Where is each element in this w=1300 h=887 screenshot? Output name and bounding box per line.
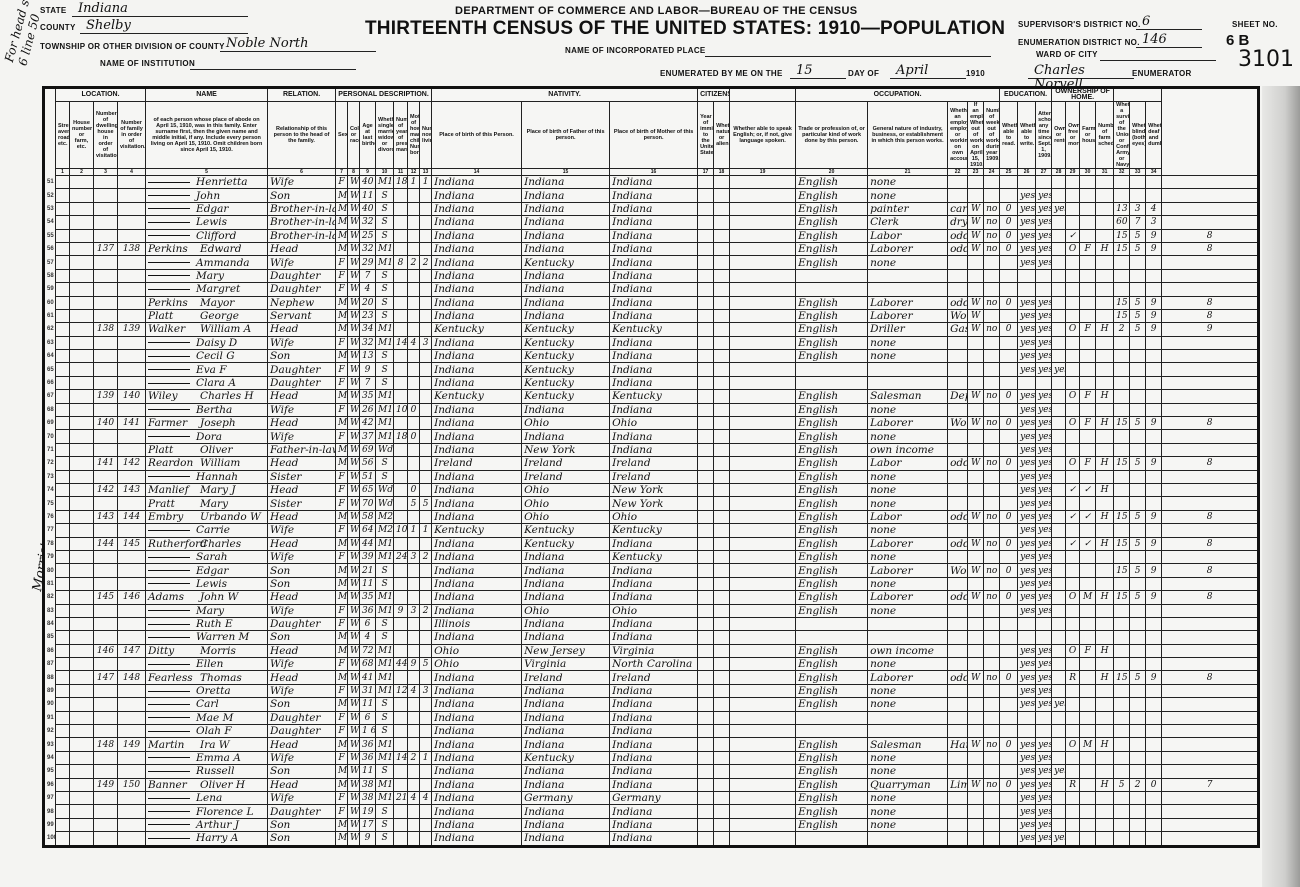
- cell-x2: [1146, 617, 1162, 630]
- cell-house: [70, 457, 94, 470]
- cell-father-birth: Kentucky: [522, 751, 610, 764]
- given-name: George: [200, 310, 239, 322]
- column-header-34: Whether deaf and dumb.: [1146, 102, 1162, 169]
- cell-trade: none: [868, 805, 948, 818]
- cell-years-married: 18: [394, 430, 408, 443]
- surname: Perkins: [148, 243, 200, 255]
- cell-write: yes: [1036, 658, 1052, 671]
- given-name: Edward: [200, 243, 241, 255]
- given-name: Hannah: [196, 471, 238, 483]
- person-name: Mary: [146, 269, 268, 282]
- cell-sched: [1114, 470, 1130, 483]
- cell-years-married: [394, 818, 408, 831]
- cell-race: W: [348, 216, 360, 229]
- cell-write: [1036, 283, 1052, 296]
- cell-mother-birth: Indiana: [610, 698, 698, 711]
- cell-x2: [1146, 644, 1162, 657]
- surname: Martin: [148, 739, 200, 751]
- cell-own: [1066, 283, 1080, 296]
- table-row: 53EdgarBrother-in-lawMW40SIndianaIndiana…: [44, 202, 1259, 215]
- cell-free: [1080, 778, 1096, 791]
- cell-farm: [1096, 818, 1114, 831]
- cell-farm: [1096, 216, 1114, 229]
- cell-sex: M: [336, 591, 348, 604]
- cell-industry: [948, 832, 968, 846]
- cell-industry: [948, 176, 968, 189]
- given-name: Lewis: [196, 578, 227, 590]
- cell-house: [70, 417, 94, 430]
- cell-street: [56, 309, 70, 322]
- cell-street: [56, 390, 70, 403]
- cell-living: [420, 644, 432, 657]
- cell-out: [984, 711, 1000, 724]
- cell-race: W: [348, 350, 360, 363]
- column-header-19: Whether able to speak English; or, if no…: [730, 102, 796, 169]
- cell-speak: English: [796, 765, 868, 778]
- cell-extra: [730, 256, 796, 269]
- cell-immig: [698, 617, 714, 630]
- cell-own: ✓: [1066, 510, 1080, 523]
- cell-mother-birth: Indiana: [610, 765, 698, 778]
- cell-living: [420, 711, 432, 724]
- cell-free: [1080, 176, 1096, 189]
- cell-x3: [1162, 698, 1259, 711]
- cell-school: yes: [1052, 832, 1066, 846]
- line-number: 84: [44, 617, 56, 630]
- cell-out: [984, 336, 1000, 349]
- cell-x1: 5: [1130, 309, 1146, 322]
- cell-family: [118, 805, 146, 818]
- cell-speak: English: [796, 604, 868, 617]
- cell-own: [1066, 376, 1080, 389]
- cell-mother-birth: Indiana: [610, 818, 698, 831]
- cell-farm: [1096, 832, 1114, 846]
- cell-born: [408, 778, 420, 791]
- cell-out: [984, 497, 1000, 510]
- cell-relation: Head: [268, 417, 336, 430]
- cell-mother-birth: Ireland: [610, 671, 698, 684]
- column-header-4: Number of family in order of visitation.: [118, 102, 146, 169]
- ditto-dash: [148, 811, 190, 812]
- cell-extra: [730, 725, 796, 738]
- cell-free: [1080, 336, 1096, 349]
- cell-marital: S: [376, 269, 394, 282]
- cell-race: W: [348, 617, 360, 630]
- cell-father-birth: Indiana: [522, 202, 610, 215]
- column-header-3: Number of dwelling house in order of vis…: [94, 102, 118, 169]
- cell-extra: [730, 778, 796, 791]
- cell-school: [1052, 430, 1066, 443]
- cell-weeks: 0: [1000, 671, 1018, 684]
- cell-sched: [1114, 256, 1130, 269]
- cell-birth: Indiana: [432, 751, 522, 764]
- cell-dwelling: 144: [94, 537, 118, 550]
- cell-father-birth: Indiana: [522, 765, 610, 778]
- cell-x3: [1162, 524, 1259, 537]
- surname: Pratt: [148, 498, 200, 510]
- cell-marital: M1: [376, 430, 394, 443]
- cell-weeks: 0: [1000, 202, 1018, 215]
- person-name: FarmerJoseph: [146, 417, 268, 430]
- cell-speak: English: [796, 202, 868, 215]
- cell-age: 4: [360, 283, 376, 296]
- cell-out: [984, 644, 1000, 657]
- ditto-dash: [148, 275, 190, 276]
- cell-farm: H: [1096, 671, 1114, 684]
- table-row: 81LewisSonMW11SIndianaIndianaIndianaEngl…: [44, 577, 1259, 590]
- cell-marital: M1: [376, 176, 394, 189]
- group-nativity: NATIVITY.: [432, 88, 698, 102]
- cell-emp: W: [968, 537, 984, 550]
- cell-family: [118, 229, 146, 242]
- cell-farm: [1096, 631, 1114, 644]
- cell-read: [1018, 176, 1036, 189]
- table-row: 74142143ManliefMary JHeadFW65Wd0IndianaO…: [44, 483, 1259, 496]
- cell-family: [118, 604, 146, 617]
- cell-street: [56, 738, 70, 751]
- cell-sched: [1114, 550, 1130, 563]
- ward-value: [1100, 46, 1216, 61]
- cell-trade: Driller: [868, 323, 948, 336]
- cell-father-birth: Indiana: [522, 591, 610, 604]
- cell-relation: Son: [268, 564, 336, 577]
- cell-speak: [796, 832, 868, 846]
- cell-industry: [948, 725, 968, 738]
- cell-sched: [1114, 751, 1130, 764]
- cell-street: [56, 617, 70, 630]
- cell-natur: [714, 229, 730, 242]
- given-name: Cecil G: [196, 350, 235, 362]
- cell-dwelling: [94, 283, 118, 296]
- cell-speak: English: [796, 577, 868, 590]
- cell-x1: [1130, 684, 1146, 697]
- cell-natur: [714, 269, 730, 282]
- cell-living: [420, 805, 432, 818]
- cell-industry: Hardware: [948, 738, 968, 751]
- cell-birth: Indiana: [432, 805, 522, 818]
- line-number: 68: [44, 403, 56, 416]
- column-number-23: 23: [968, 169, 984, 176]
- cell-sex: M: [336, 189, 348, 202]
- cell-mother-birth: Indiana: [610, 778, 698, 791]
- cell-living: [420, 564, 432, 577]
- person-name: DittyMorris: [146, 644, 268, 657]
- cell-extra: [730, 309, 796, 322]
- cell-trade: [868, 283, 948, 296]
- cell-emp: W: [968, 309, 984, 322]
- cell-birth: Indiana: [432, 725, 522, 738]
- ditto-dash: [148, 208, 190, 209]
- cell-extra: [730, 202, 796, 215]
- cell-speak: [796, 376, 868, 389]
- cell-x2: [1146, 269, 1162, 282]
- cell-sex: F: [336, 483, 348, 496]
- cell-natur: [714, 738, 730, 751]
- cell-marital: Wd: [376, 443, 394, 456]
- ditto-dash: [148, 557, 190, 558]
- cell-industry: [948, 269, 968, 282]
- cell-out: [984, 524, 1000, 537]
- cell-natur: [714, 390, 730, 403]
- line-number: 89: [44, 684, 56, 697]
- cell-farm: [1096, 725, 1114, 738]
- cell-read: yes: [1018, 323, 1036, 336]
- cell-father-birth: Indiana: [522, 403, 610, 416]
- cell-extra: [730, 497, 796, 510]
- cell-years-married: [394, 242, 408, 255]
- cell-x1: [1130, 403, 1146, 416]
- cell-speak: English: [796, 564, 868, 577]
- cell-born: [408, 818, 420, 831]
- cell-speak: English: [796, 242, 868, 255]
- given-name: Henrietta: [196, 176, 247, 188]
- line-number: 97: [44, 791, 56, 804]
- cell-out: [984, 470, 1000, 483]
- cell-relation: Head: [268, 323, 336, 336]
- cell-marital: S: [376, 832, 394, 846]
- cell-read: yes: [1018, 577, 1036, 590]
- cell-x1: [1130, 658, 1146, 671]
- year: 1910: [966, 69, 985, 78]
- cell-trade: none: [868, 189, 948, 202]
- cell-x1: 5: [1130, 591, 1146, 604]
- cell-read: yes: [1018, 363, 1036, 376]
- cell-family: 138: [118, 242, 146, 255]
- cell-free: [1080, 818, 1096, 831]
- cell-marital: S: [376, 698, 394, 711]
- cell-relation: Brother-in-law: [268, 216, 336, 229]
- cell-read: yes: [1018, 350, 1036, 363]
- person-name: Clifford: [146, 229, 268, 242]
- cell-marital: M1: [376, 417, 394, 430]
- cell-trade: [868, 363, 948, 376]
- cell-x2: 4: [1146, 202, 1162, 215]
- table-row: 78144145RutherfordCharlesHeadMW44M1India…: [44, 537, 1259, 550]
- cell-marital: M1: [376, 550, 394, 563]
- cell-natur: [714, 470, 730, 483]
- cell-own: [1066, 577, 1080, 590]
- cell-industry: [948, 658, 968, 671]
- cell-out: no: [984, 296, 1000, 309]
- cell-write: yes: [1036, 604, 1052, 617]
- cell-speak: English: [796, 791, 868, 804]
- cell-relation: Son: [268, 832, 336, 846]
- cell-x1: [1130, 604, 1146, 617]
- cell-race: W: [348, 778, 360, 791]
- cell-relation: Head: [268, 483, 336, 496]
- cell-trade: none: [868, 550, 948, 563]
- cell-speak: English: [796, 189, 868, 202]
- column-header-5: of each person whose place of abode on A…: [146, 102, 268, 169]
- given-name: Carrie: [196, 524, 230, 536]
- cell-farm: H: [1096, 510, 1114, 523]
- cell-house: [70, 617, 94, 630]
- cell-x2: [1146, 684, 1162, 697]
- cell-sched: 15: [1114, 671, 1130, 684]
- cell-x2: 9: [1146, 323, 1162, 336]
- cell-years-married: 10: [394, 524, 408, 537]
- cell-extra: [730, 832, 796, 846]
- ditto-dash: [148, 570, 190, 571]
- cell-weeks: [1000, 524, 1018, 537]
- cell-speak: English: [796, 510, 868, 523]
- person-name: Ruth E: [146, 617, 268, 630]
- cell-father-birth: Indiana: [522, 631, 610, 644]
- cell-street: [56, 256, 70, 269]
- cell-write: yes: [1036, 564, 1052, 577]
- cell-extra: [730, 350, 796, 363]
- cell-x3: [1162, 470, 1259, 483]
- column-header-6: Relationship of this person to the head …: [268, 102, 336, 169]
- cell-x1: 5: [1130, 510, 1146, 523]
- cell-years-married: [394, 470, 408, 483]
- cell-x3: 8: [1162, 591, 1259, 604]
- cell-school: [1052, 417, 1066, 430]
- cell-sched: 15: [1114, 591, 1130, 604]
- cell-natur: [714, 791, 730, 804]
- cell-years-married: [394, 671, 408, 684]
- cell-marital: S: [376, 725, 394, 738]
- cell-own: [1066, 350, 1080, 363]
- cell-born: [408, 323, 420, 336]
- cell-born: [408, 269, 420, 282]
- cell-school: [1052, 296, 1066, 309]
- cell-free: ✓: [1080, 483, 1096, 496]
- cell-born: 4: [408, 336, 420, 349]
- cell-living: [420, 725, 432, 738]
- cell-sched: [1114, 765, 1130, 778]
- cell-race: W: [348, 725, 360, 738]
- cell-emp: [968, 483, 984, 496]
- cell-father-birth: Kentucky: [522, 537, 610, 550]
- cell-years-married: 9: [394, 604, 408, 617]
- line-number: 85: [44, 631, 56, 644]
- cell-free: [1080, 805, 1096, 818]
- table-row: 71PlattOliverFather-in-lawMW69WdIndianaN…: [44, 443, 1259, 456]
- cell-free: [1080, 283, 1096, 296]
- cell-natur: [714, 457, 730, 470]
- cell-family: [118, 189, 146, 202]
- cell-dwelling: [94, 269, 118, 282]
- cell-living: 5: [420, 497, 432, 510]
- cell-birth: Indiana: [432, 818, 522, 831]
- surname: Fearless: [148, 672, 200, 684]
- cell-immig: [698, 778, 714, 791]
- cell-x3: [1162, 483, 1259, 496]
- cell-sex: M: [336, 350, 348, 363]
- cell-sex: F: [336, 791, 348, 804]
- cell-own: [1066, 256, 1080, 269]
- cell-street: [56, 591, 70, 604]
- cell-x3: [1162, 403, 1259, 416]
- cell-sched: [1114, 350, 1130, 363]
- cell-house: [70, 176, 94, 189]
- cell-industry: [948, 765, 968, 778]
- cell-school: yes: [1052, 698, 1066, 711]
- cell-speak: English: [796, 309, 868, 322]
- cell-living: 2: [420, 604, 432, 617]
- cell-age: 40: [360, 202, 376, 215]
- cell-x2: [1146, 336, 1162, 349]
- cell-dwelling: [94, 832, 118, 846]
- cell-immig: [698, 658, 714, 671]
- table-row: 95RussellSonMW11SIndianaIndianaIndianaEn…: [44, 765, 1259, 778]
- person-name: Carl: [146, 698, 268, 711]
- cell-marital: M1: [376, 738, 394, 751]
- cell-x2: [1146, 550, 1162, 563]
- cell-dwelling: 142: [94, 483, 118, 496]
- cell-age: 44: [360, 537, 376, 550]
- cell-sex: F: [336, 604, 348, 617]
- cell-family: [118, 202, 146, 215]
- cell-living: [420, 591, 432, 604]
- cell-speak: English: [796, 483, 868, 496]
- cell-trade: Laborer: [868, 537, 948, 550]
- cell-street: [56, 725, 70, 738]
- cell-speak: English: [796, 818, 868, 831]
- ditto-dash: [148, 409, 190, 410]
- cell-emp: [968, 684, 984, 697]
- cell-relation: Son: [268, 818, 336, 831]
- line-number: 74: [44, 483, 56, 496]
- cell-read: yes: [1018, 443, 1036, 456]
- table-row: 62138139WalkerWilliam AHeadMW34M1Kentuck…: [44, 323, 1259, 336]
- column-number-24: 24: [984, 169, 1000, 176]
- cell-out: no: [984, 591, 1000, 604]
- cell-speak: English: [796, 805, 868, 818]
- cell-free: [1080, 229, 1096, 242]
- person-name: Emma A: [146, 751, 268, 764]
- county-value: Shelby: [80, 19, 248, 34]
- given-name: Oliver: [200, 444, 233, 456]
- cell-living: [420, 577, 432, 590]
- cell-x3: [1162, 176, 1259, 189]
- cell-trade: none: [868, 403, 948, 416]
- cell-trade: none: [868, 470, 948, 483]
- cell-school: [1052, 778, 1066, 791]
- cell-school: [1052, 229, 1066, 242]
- cell-out: [984, 363, 1000, 376]
- person-name: Mary: [146, 604, 268, 617]
- cell-x3: [1162, 283, 1259, 296]
- cell-sex: M: [336, 631, 348, 644]
- cell-natur: [714, 805, 730, 818]
- cell-sched: [1114, 336, 1130, 349]
- cell-family: [118, 470, 146, 483]
- cell-dwelling: [94, 604, 118, 617]
- cell-marital: M1: [376, 658, 394, 671]
- cell-extra: [730, 604, 796, 617]
- cell-weeks: [1000, 336, 1018, 349]
- cell-immig: [698, 671, 714, 684]
- cell-read: yes: [1018, 229, 1036, 242]
- cell-x3: [1162, 256, 1259, 269]
- cell-school: [1052, 457, 1066, 470]
- cell-extra: [730, 296, 796, 309]
- cell-x2: [1146, 390, 1162, 403]
- cell-living: 3: [420, 336, 432, 349]
- cell-dwelling: [94, 229, 118, 242]
- cell-school: [1052, 711, 1066, 724]
- cell-living: [420, 470, 432, 483]
- cell-years-married: 14: [394, 336, 408, 349]
- cell-born: [408, 457, 420, 470]
- cell-born: [408, 537, 420, 550]
- cell-dwelling: [94, 698, 118, 711]
- cell-free: [1080, 524, 1096, 537]
- cell-trade: Quarryman: [868, 778, 948, 791]
- cell-industry: Works out: [948, 564, 968, 577]
